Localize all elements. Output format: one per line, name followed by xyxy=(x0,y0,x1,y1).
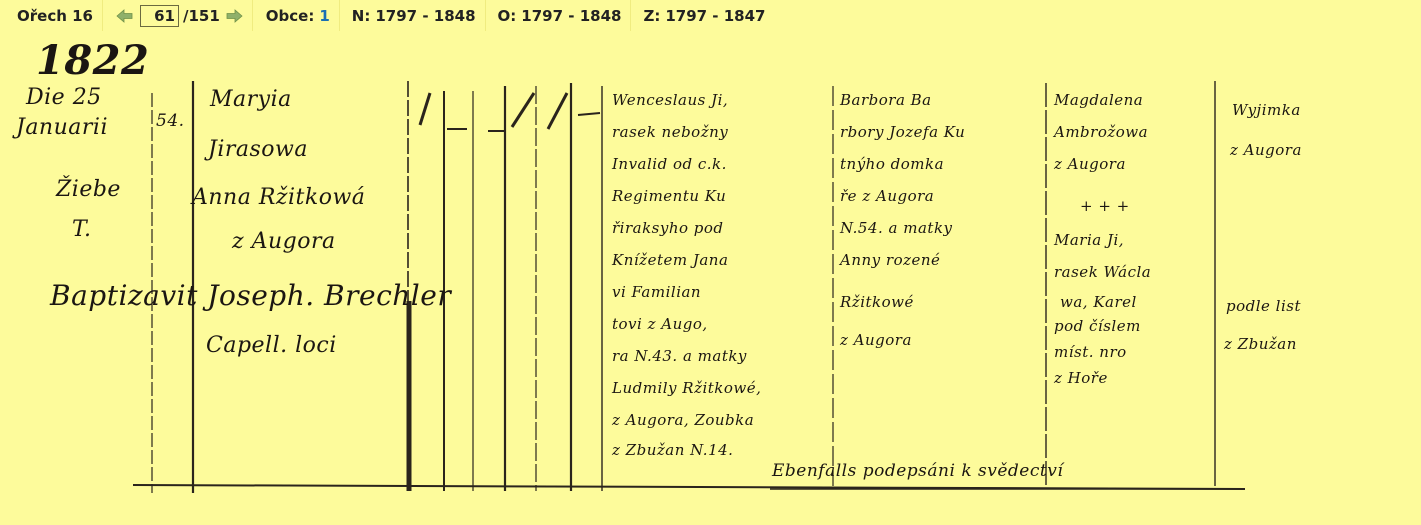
obce-label: Obce: xyxy=(266,7,315,25)
page-navigation: /151 xyxy=(103,0,253,31)
father-line: tovi z Augo, xyxy=(612,315,708,333)
arrow-right-icon[interactable] xyxy=(225,9,243,23)
record-date-day: Die 25 xyxy=(26,85,102,110)
mother-line: Barbora Ba xyxy=(840,91,932,109)
footer-note: Ebenfalls podepsáni k svědectví xyxy=(772,461,1063,481)
father-line: Ludmily Ržitkowé, xyxy=(612,379,761,397)
mother-line: z Augora xyxy=(840,331,912,349)
child-name-line-1: Maryia xyxy=(210,87,292,112)
mother-line: N.54. a matky xyxy=(840,219,953,237)
godparent-line: pod číslem xyxy=(1054,317,1141,335)
births-label: N: xyxy=(352,7,371,25)
obce-count-link[interactable]: 1 xyxy=(319,7,329,25)
godparent-line: Magdalena xyxy=(1054,91,1143,109)
father-line: řiraksyho pod xyxy=(612,219,724,237)
mother-line: ře z Augora xyxy=(840,187,934,205)
marriages-range-segment: O: 1797 - 1848 xyxy=(486,0,632,31)
godparent-line: z Augora xyxy=(1054,155,1126,173)
father-line: Knížetem Jana xyxy=(612,251,728,269)
notes-line: z Zbužan xyxy=(1224,335,1297,353)
father-line: ra N.43. a matky xyxy=(612,347,747,365)
births-range-segment: N: 1797 - 1848 xyxy=(340,0,486,31)
page-number-input[interactable] xyxy=(140,5,179,27)
father-line: z Augora, Zoubka xyxy=(612,411,754,429)
total-pages: /151 xyxy=(183,7,220,25)
father-line: rasek nebožny xyxy=(612,123,728,141)
godparent-line: + + + xyxy=(1080,197,1130,215)
child-name-line-2: Jirasowa xyxy=(208,137,308,162)
register-scan-image[interactable]: 1822 Die 25 Januarii Žiebe T. 54. Maryia… xyxy=(0,31,1421,525)
obce-segment: Obce: 1 xyxy=(253,0,340,31)
godparent-line: rasek Wácla xyxy=(1054,263,1151,281)
mother-line: tnýho domka xyxy=(840,155,944,173)
child-name-line-4: z Augora xyxy=(232,229,336,254)
book-title: Ořech 16 xyxy=(17,7,93,25)
father-line: Regimentu Ku xyxy=(612,187,726,205)
mother-line: Ržitkowé xyxy=(840,293,914,311)
deaths-range: 1797 - 1847 xyxy=(665,7,765,25)
marriages-range: 1797 - 1848 xyxy=(521,7,621,25)
viewer-toolbar: Ořech 16 /151 Obce: 1 N: 1797 - 1848 O: … xyxy=(0,0,1421,31)
arrow-left-icon[interactable] xyxy=(116,9,134,23)
baptism-line-2: Capell. loci xyxy=(206,333,337,358)
godparent-line: Maria Ji, xyxy=(1054,231,1124,249)
father-line: z Zbužan N.14. xyxy=(612,441,733,459)
notes-line: z Augora xyxy=(1230,141,1302,159)
godparent-line: míst. nro xyxy=(1054,343,1127,361)
mother-line: rbory Jozefa Ku xyxy=(840,123,965,141)
officiant-name: Žiebe xyxy=(56,177,121,202)
marriages-label: O: xyxy=(498,7,517,25)
child-name-line-3: Anna Ržitkowá xyxy=(192,185,365,210)
births-range: 1797 - 1848 xyxy=(375,7,475,25)
baptism-line: Baptizavit Joseph. Brechler xyxy=(50,279,451,312)
deaths-label: Z: xyxy=(643,7,660,25)
mother-line: Anny rozené xyxy=(840,251,940,269)
godparent-line: z Hoře xyxy=(1054,369,1108,387)
father-line: vi Familian xyxy=(612,283,701,301)
officiant-initial: T. xyxy=(72,217,91,242)
deaths-range-segment: Z: 1797 - 1847 xyxy=(631,0,774,31)
register-year: 1822 xyxy=(36,37,149,84)
father-line: Wenceslaus Ji, xyxy=(612,91,728,109)
godparent-line: wa, Karel xyxy=(1060,293,1137,311)
notes-line: podle list xyxy=(1226,297,1301,315)
notes-line: Wyjimka xyxy=(1232,101,1301,119)
father-line: Invalid od c.k. xyxy=(612,155,727,173)
entry-number: 54. xyxy=(156,111,185,131)
record-date-month: Januarii xyxy=(16,115,108,140)
godparent-line: Ambrožowa xyxy=(1054,123,1148,141)
book-title-segment: Ořech 16 xyxy=(0,0,103,31)
